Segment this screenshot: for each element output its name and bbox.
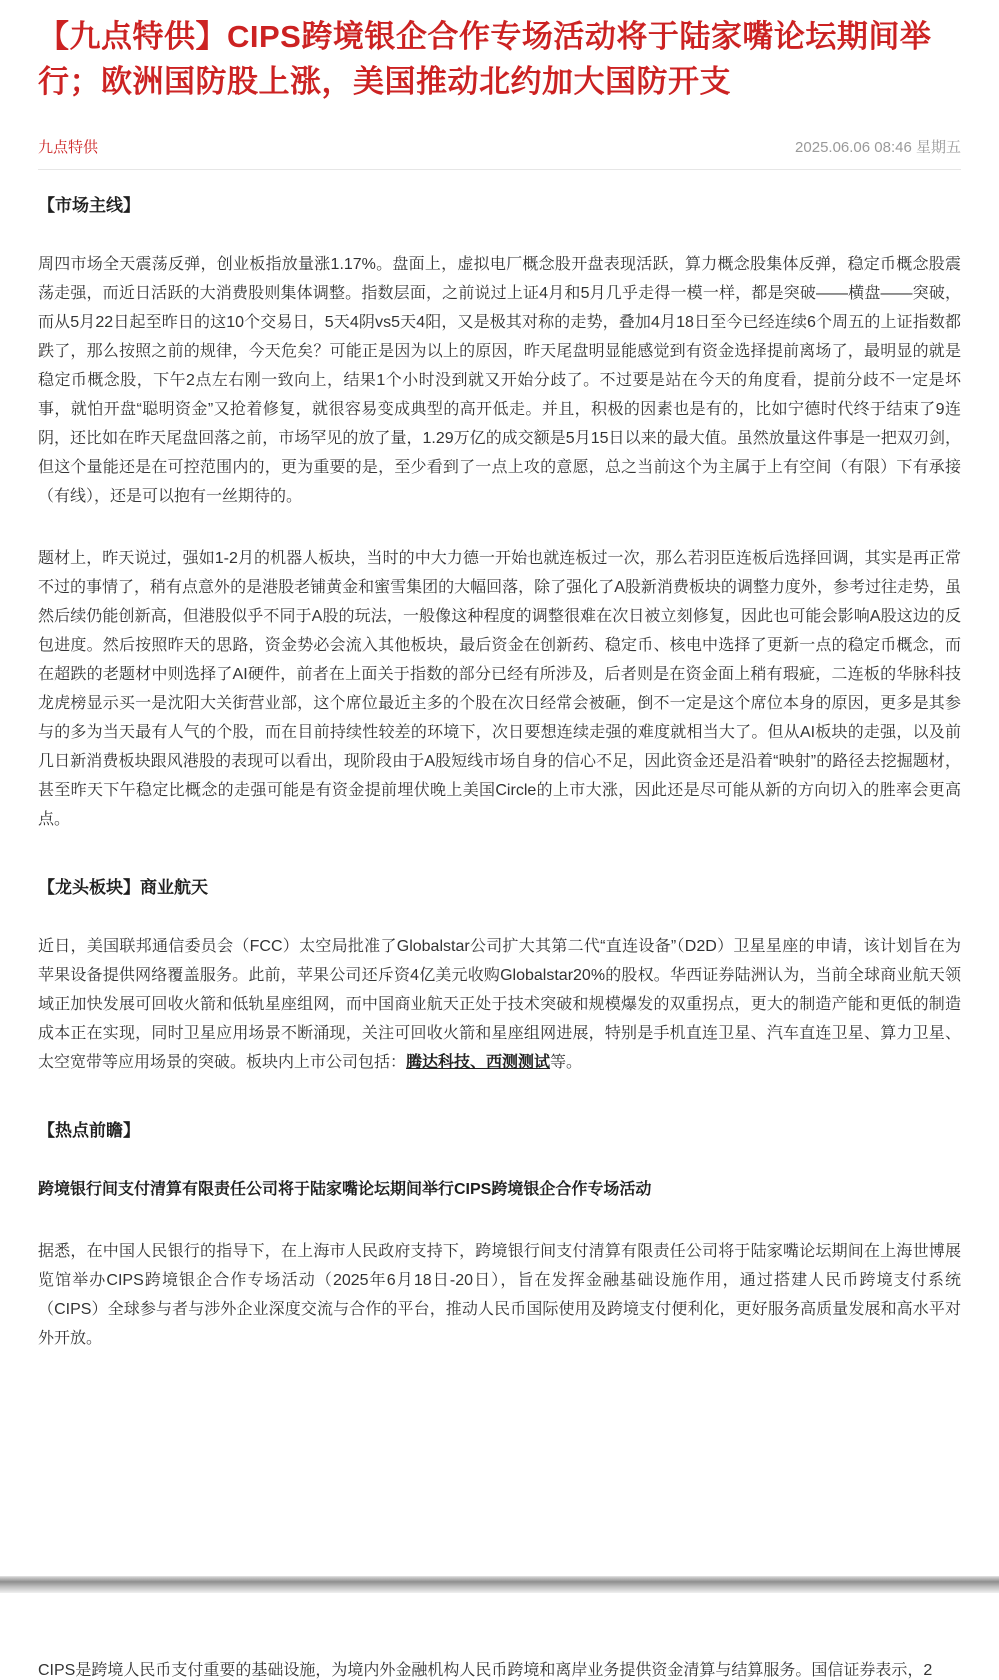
leader-sector-text-post: 等。 (550, 1054, 582, 1071)
leader-sector-paragraph: 近日，美国联邦通信委员会（FCC）太空局批准了Globalstar公司扩大其第二… (38, 932, 961, 1077)
section-heading-leader-sector: 【龙头板块】商业航天 (38, 876, 961, 899)
page-break-divider (0, 1576, 999, 1593)
section-heading-hotspot: 【热点前瞻】 (38, 1119, 961, 1142)
header-divider (38, 169, 961, 170)
market-paragraph-2: 题材上，昨天说过，强如1-2月的机器人板块，当时的中大力德一开始也就连板过一次，… (38, 544, 961, 834)
article-title: 【九点特供】CIPS跨境银企合作专场活动将于陆家嘴论坛期间举行；欧洲国防股上涨，… (38, 14, 961, 104)
column-label: 九点特供 (38, 136, 98, 157)
article-meta-row: 九点特供 2025.06.06 08:46 星期五 (38, 136, 961, 157)
leader-sector-text-pre: 近日，美国联邦通信委员会（FCC）太空局批准了Globalstar公司扩大其第二… (38, 938, 961, 1071)
publish-datetime: 2025.06.06 08:46 星期五 (795, 136, 961, 157)
market-paragraph-1: 周四市场全天震荡反弹，创业板指放量涨1.17%。盘面上，虚拟电厂概念股开盘表现活… (38, 250, 961, 511)
article-page: 【九点特供】CIPS跨境银企合作专场活动将于陆家嘴论坛期间举行；欧洲国防股上涨，… (0, 0, 999, 1680)
hotspot-subheading: 跨境银行间支付清算有限责任公司将于陆家嘴论坛期间举行CIPS跨境银企合作专场活动 (38, 1175, 961, 1204)
hotspot-paragraph: 据悉，在中国人民银行的指导下，在上海市人民政府支持下，跨境银行间支付清算有限责任… (38, 1237, 961, 1353)
stock-names-link[interactable]: 腾达科技、西测测试 (406, 1054, 550, 1071)
next-page-first-line: CIPS是跨境人民币支付重要的基础设施，为境内外金融机构人民币跨境和离岸业务提供… (38, 1656, 961, 1680)
section-heading-market: 【市场主线】 (38, 194, 961, 217)
